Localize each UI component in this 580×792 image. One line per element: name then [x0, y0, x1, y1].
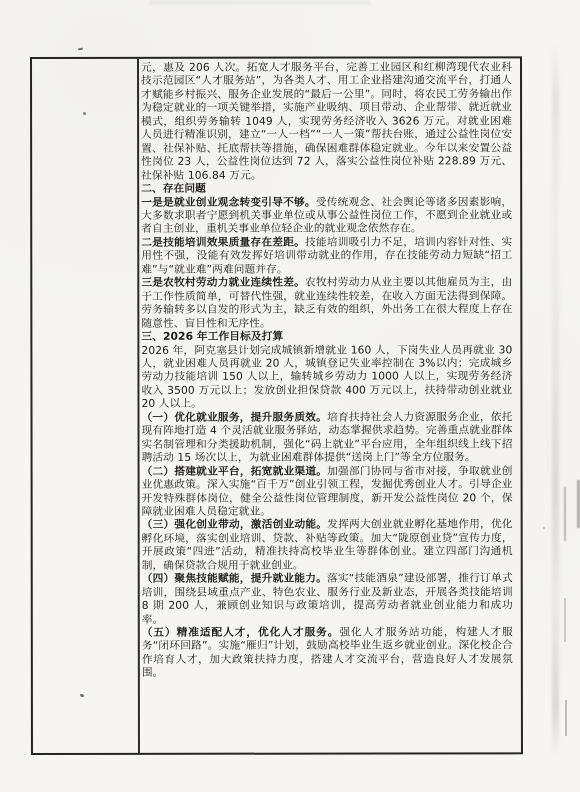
scan-noise-strip	[150, 0, 370, 5]
paragraph-text: 2026 年，阿克塞县计划完成城镇新增就业 160 人，下岗失业人员再就业 30…	[141, 343, 512, 410]
paragraph-text: 元，惠及 206 人次。拓宽人才服务平台，完善工业园区和红柳湾现代农业科技示范园…	[141, 60, 512, 181]
scanned-document-page: 元，惠及 206 人次。拓宽人才服务平台，完善工业园区和红柳湾现代农业科技示范园…	[0, 0, 580, 792]
table-column-divider	[137, 59, 140, 753]
scan-streak-mark	[564, 598, 566, 642]
paragraph-continuation: 元，惠及 206 人次。拓宽人才服务平台，完善工业园区和红柳湾现代农业科技示范园…	[141, 60, 512, 182]
paragraph-lead: 三是农牧村劳动力就业连续性差。	[141, 276, 305, 289]
paragraph-measure-5: （五）精准适配人才，优化人才服务。强化人才服务站功能，构建人才服务“闭环回路”。…	[142, 625, 513, 679]
scan-streak-mark	[565, 700, 567, 736]
scan-streak-band	[552, 42, 559, 758]
heading-text: 二、存在问题	[141, 182, 206, 195]
paragraph-measure-1: （一）优化就业服务，提升服务质效。培育扶持社会人力资源服务企业，依托现有阵地打造…	[141, 410, 512, 464]
paragraph-problem-2: 二是技能培训效果质量存在差距。技能培训吸引力不足，培训内容针对性、实用性不强，没…	[141, 235, 512, 276]
paragraph-measure-4: （四）聚焦技能赋能，提升就业能力。落实“技能酒泉”建设部署，推行订单式培训，围绕…	[142, 572, 513, 626]
section-heading-problems: 二、存在问题	[141, 181, 512, 195]
table-left-cell-empty	[32, 59, 138, 753]
paragraph-lead: （二）搭建就业平台，拓宽就业渠道。	[142, 464, 328, 477]
scan-speck	[543, 527, 545, 529]
paragraph-measure-2: （二）搭建就业平台，拓宽就业渠道。加强部门协同与省市对接，争取就业创业优惠政策。…	[142, 464, 513, 518]
document-table-border: 元，惠及 206 人次。拓宽人才服务平台，完善工业园区和红柳湾现代农业科技示范园…	[30, 56, 523, 755]
paragraph-problem-1: 一是是就业创业观念转变引导不够。受传统观念、社会舆论等诸多因素影响，大多数求职者…	[141, 195, 512, 236]
paragraph-lead: （五）精准适配人才，优化人才服务。	[142, 626, 340, 639]
paragraph-problem-3: 三是农牧村劳动力就业连续性差。农牧村劳动力从业主要以其他雇员为主，由于工作性质简…	[141, 276, 512, 330]
heading-text: 三、2026 年工作目标及打算	[141, 330, 283, 343]
paragraph-measure-3: （三）强化创业带动，激活创业动能。发挥两大创业就业孵化基地作用，优化孵化环境，落…	[142, 518, 513, 572]
paragraph-lead: （一）优化就业服务，提升服务质效。	[141, 410, 327, 423]
paragraph-lead: （四）聚焦技能赋能，提升就业能力。	[142, 572, 327, 585]
paragraph-lead: （三）强化创业带动，激活创业动能。	[142, 518, 328, 531]
scan-speck	[78, 48, 83, 51]
document-text-cell: 元，惠及 206 人次。拓宽人才服务平台，完善工业园区和红柳湾现代农业科技示范园…	[141, 60, 513, 679]
section-heading-2026-goals: 三、2026 年工作目标及打算	[141, 329, 512, 343]
paragraph-lead: 一是是就业创业观念转变引导不够。	[141, 195, 316, 208]
paragraph-2026-targets: 2026 年，阿克塞县计划完成城镇新增就业 160 人，下岗失业人员再就业 30…	[141, 343, 512, 411]
scan-streak-mark	[564, 487, 566, 541]
paragraph-lead: 二是技能培训效果质量存在差距。	[141, 236, 305, 249]
